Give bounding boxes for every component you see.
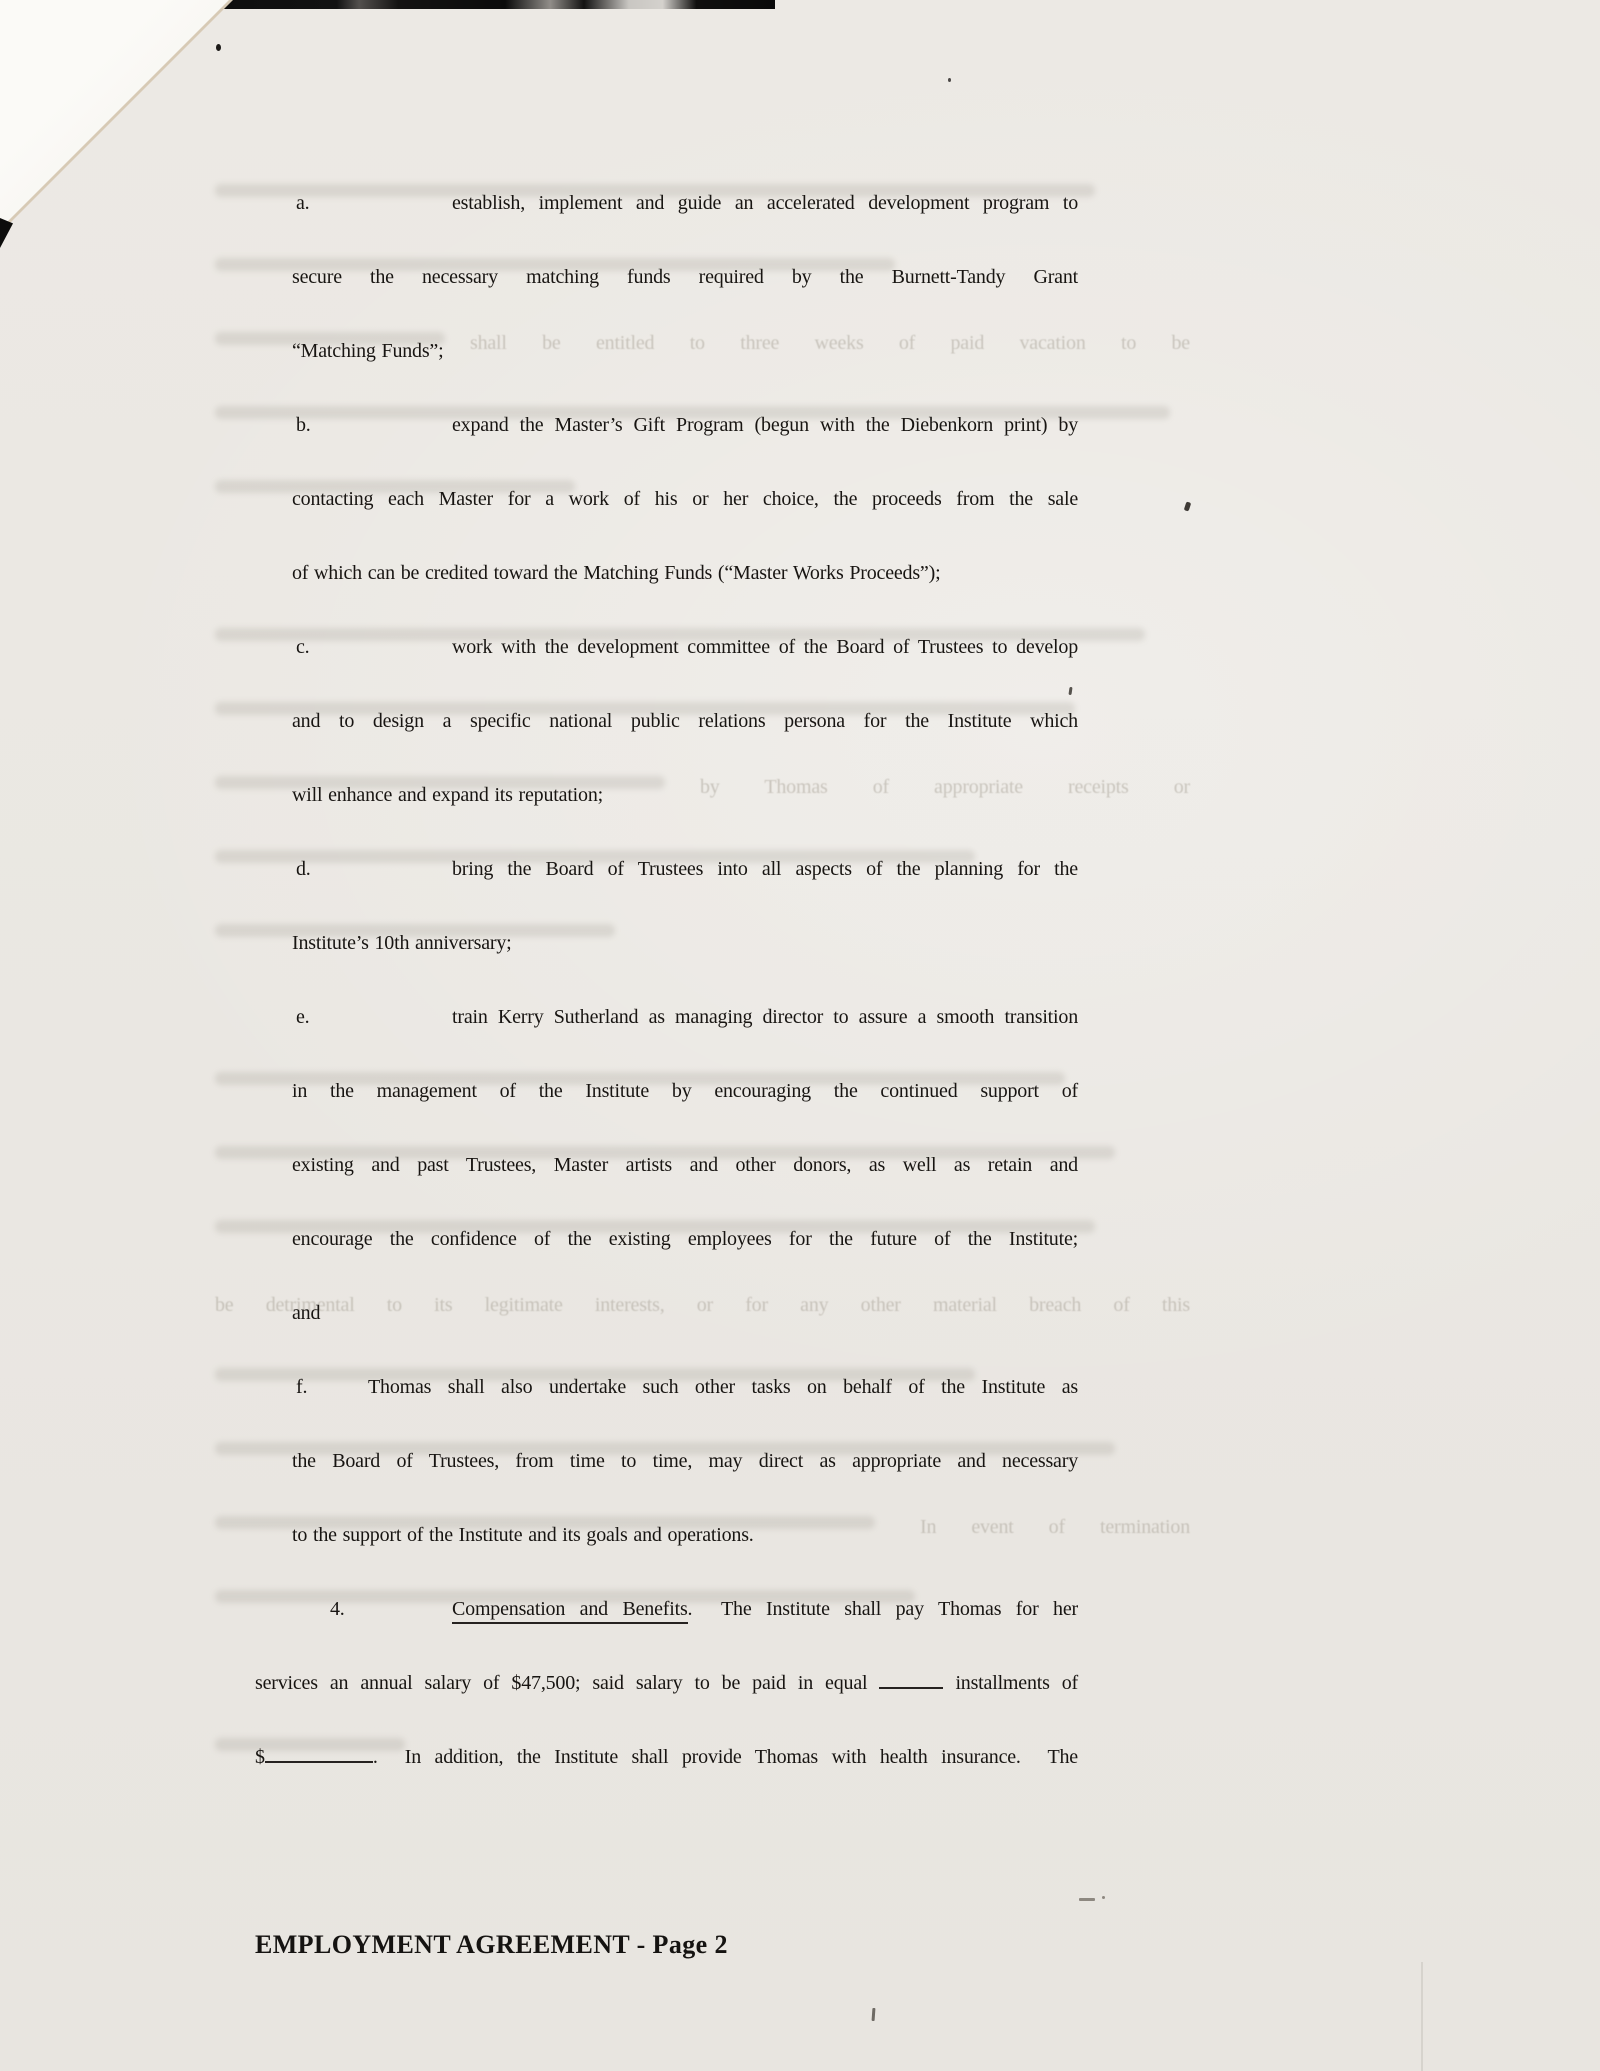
line-text: contacting each Master for a work of his… bbox=[292, 486, 1078, 513]
text-line: e.train Kerry Sutherland as managing dir… bbox=[292, 1004, 1078, 1031]
line-text: encourage the confidence of the existing… bbox=[292, 1226, 1078, 1253]
clause-label: d. bbox=[296, 856, 311, 883]
line-text: existing and past Trustees, Master artis… bbox=[292, 1152, 1078, 1179]
speck bbox=[1068, 687, 1072, 695]
blank-field bbox=[265, 1746, 373, 1763]
line-text: and to design a specific national public… bbox=[292, 708, 1078, 735]
crease-mark bbox=[1421, 1962, 1423, 2071]
text-line: secure the necessary matching funds requ… bbox=[292, 264, 1078, 291]
text-line: b.expand the Master’s Gift Program (begu… bbox=[292, 412, 1078, 439]
line-text: train Kerry Sutherland as managing direc… bbox=[452, 1004, 1078, 1031]
text-line: f.Thomas shall also undertake such other… bbox=[292, 1374, 1078, 1401]
scanned-document-page: shall be entitled to three weeks of paid… bbox=[0, 0, 1600, 2071]
text-line: 4.Compensation and Benefits. The Institu… bbox=[255, 1596, 1078, 1623]
line-text: establish, implement and guide an accele… bbox=[452, 190, 1078, 217]
line-text: work with the development committee of t… bbox=[452, 634, 1078, 661]
line-text: will enhance and expand its reputation; bbox=[292, 782, 1078, 809]
line-text: to the support of the Institute and its … bbox=[292, 1522, 1078, 1549]
line-text: the Board of Trustees, from time to time… bbox=[292, 1448, 1078, 1475]
line-text: bring the Board of Trustees into all asp… bbox=[452, 856, 1078, 883]
text-line: “Matching Funds”; bbox=[292, 338, 1078, 365]
speck bbox=[216, 44, 221, 51]
text-line: the Board of Trustees, from time to time… bbox=[292, 1448, 1078, 1475]
clause-label: a. bbox=[296, 190, 309, 217]
text-line: Institute’s 10th anniversary; bbox=[292, 930, 1078, 957]
line-text: Institute’s 10th anniversary; bbox=[292, 930, 1078, 957]
line-text: and bbox=[292, 1300, 1078, 1327]
text-line: will enhance and expand its reputation; bbox=[292, 782, 1078, 809]
clause-label: c. bbox=[296, 634, 309, 661]
line-text: $. In addition, the Institute shall prov… bbox=[255, 1744, 1078, 1771]
text-line: d.bring the Board of Trustees into all a… bbox=[292, 856, 1078, 883]
speck bbox=[872, 2008, 876, 2021]
text-line: c.work with the development committee of… bbox=[292, 634, 1078, 661]
text-line: a.establish, implement and guide an acce… bbox=[292, 190, 1078, 217]
line-text: “Matching Funds”; bbox=[292, 338, 1078, 365]
speck bbox=[1102, 1896, 1105, 1899]
line-text: secure the necessary matching funds requ… bbox=[292, 264, 1078, 291]
clause-label: 4. bbox=[330, 1596, 345, 1623]
text-line: and to design a specific national public… bbox=[292, 708, 1078, 735]
page-footer: EMPLOYMENT AGREEMENT - Page 2 bbox=[255, 1930, 728, 1960]
text-line: in the management of the Institute by en… bbox=[292, 1078, 1078, 1105]
text-line: to the support of the Institute and its … bbox=[292, 1522, 1078, 1549]
text-line: services an annual salary of $47,500; sa… bbox=[255, 1670, 1078, 1697]
scan-top-edge-artifact bbox=[213, 0, 775, 9]
text-line: $. In addition, the Institute shall prov… bbox=[255, 1744, 1078, 1771]
line-text: of which can be credited toward the Matc… bbox=[292, 560, 1078, 587]
text-line: contacting each Master for a work of his… bbox=[292, 486, 1078, 513]
clause-label: f. bbox=[296, 1374, 307, 1401]
speck bbox=[1184, 501, 1192, 511]
text-line: encourage the confidence of the existing… bbox=[292, 1226, 1078, 1253]
fold-notch-artifact bbox=[0, 218, 13, 248]
text-line: and bbox=[292, 1300, 1078, 1327]
clause-label: e. bbox=[296, 1004, 309, 1031]
speck bbox=[1079, 1898, 1095, 1901]
text-line: existing and past Trustees, Master artis… bbox=[292, 1152, 1078, 1179]
text-line: of which can be credited toward the Matc… bbox=[292, 560, 1078, 587]
line-text: Thomas shall also undertake such other t… bbox=[368, 1374, 1078, 1401]
line-text: expand the Master’s Gift Program (begun … bbox=[452, 412, 1078, 439]
line-text: in the management of the Institute by en… bbox=[292, 1078, 1078, 1105]
line-text: Compensation and Benefits. The Institute… bbox=[452, 1596, 1078, 1623]
folded-corner bbox=[0, 0, 229, 229]
speck bbox=[948, 78, 951, 82]
section-heading: Compensation and Benefits bbox=[452, 1598, 688, 1624]
blank-field bbox=[879, 1672, 943, 1689]
line-text: services an annual salary of $47,500; sa… bbox=[255, 1670, 1078, 1697]
clause-label: b. bbox=[296, 412, 311, 439]
